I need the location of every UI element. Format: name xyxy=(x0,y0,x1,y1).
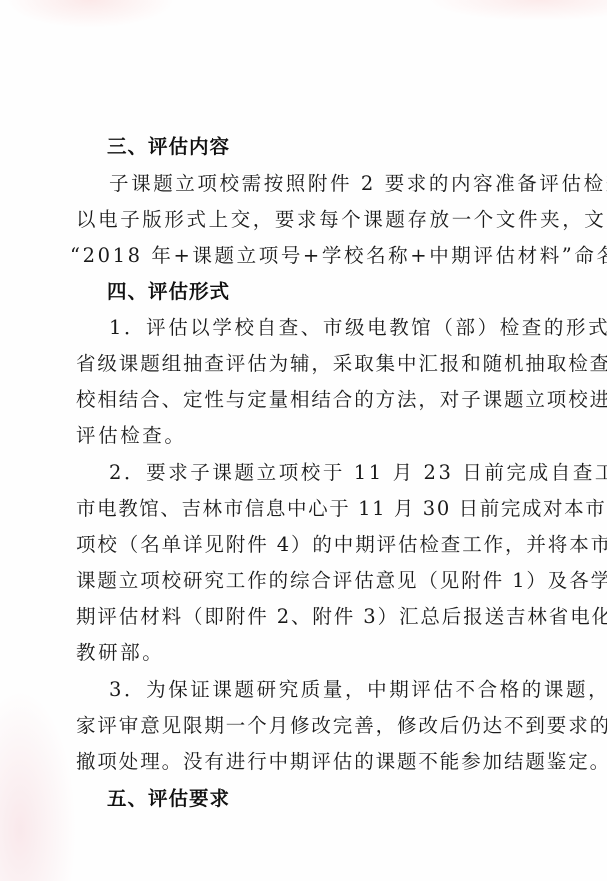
paragraph-line: “2018 年+课题立项号+学校名称+中期评估材料”命名。 xyxy=(70,244,540,268)
section-heading-evaluation-form: 四、评估形式 xyxy=(107,280,230,304)
section-heading-evaluation-content: 三、评估内容 xyxy=(107,135,230,159)
paragraph-line: 项校（名单详见附件 4）的中期评估检查工作，并将本市对各子 xyxy=(76,533,546,557)
paragraph-line: 校相结合、定性与定量相结合的方法，对子课题立项校进行中期 xyxy=(76,388,546,412)
paragraph-line: 教研部。 xyxy=(76,641,546,665)
paragraph-line: 省级课题组抽查评估为辅，采取集中汇报和随机抽取检查研究学 xyxy=(76,352,546,376)
paragraph-line: 3．为保证课题研究质量，中期评估不合格的课题，根据专 xyxy=(109,678,579,702)
document-page: 三、评估内容 子课题立项校需按照附件 2 要求的内容准备评估检查材料， 以电子版… xyxy=(0,0,607,881)
section-heading-evaluation-requirements: 五、评估要求 xyxy=(107,787,230,811)
paragraph-line: 1．评估以学校自查、市级电教馆（部）检查的形式为主、 xyxy=(109,316,579,340)
paragraph-line: 以电子版形式上交，要求每个课题存放一个文件夹，文件夹以 xyxy=(76,208,546,232)
paragraph-line: 家评审意见限期一个月修改完善，修改后仍达不到要求的，将作 xyxy=(76,714,546,738)
paragraph-line: 2．要求子课题立项校于 11 月 23 日前完成自查工作，长春 xyxy=(109,461,579,485)
paragraph-line: 期评估材料（即附件 2、附件 3）汇总后报送吉林省电化教育馆 xyxy=(76,605,546,629)
paragraph-line: 撤项处理。没有进行中期评估的课题不能参加结题鉴定。 xyxy=(76,750,546,774)
paragraph-line: 课题立项校研究工作的综合评估意见（见附件 1）及各学校的中 xyxy=(76,569,546,593)
paragraph-line: 评估检查。 xyxy=(76,424,546,448)
paragraph-line: 子课题立项校需按照附件 2 要求的内容准备评估检查材料， xyxy=(109,172,579,196)
paragraph-line: 市电教馆、吉林市信息中心于 11 月 30 日前完成对本市子课题立 xyxy=(76,497,546,521)
